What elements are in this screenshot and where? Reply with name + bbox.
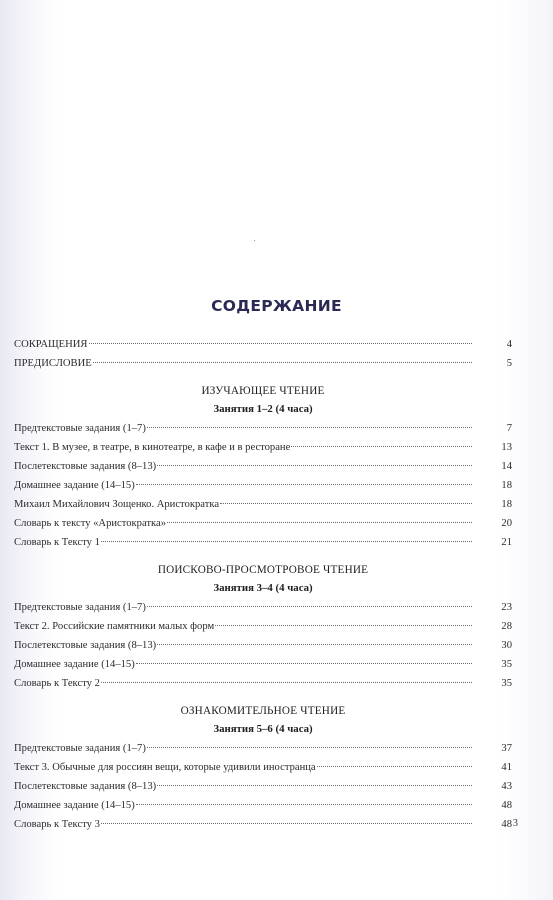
toc-entry-page: 20 [492, 514, 512, 533]
dot-leader [101, 823, 472, 824]
toc-entry[interactable]: Михаил Михайлович Зощенко. Аристократка1… [14, 495, 512, 514]
dot-leader [291, 446, 472, 447]
section-heading: ОЗНАКОМИТЕЛЬНОЕ ЧТЕНИЕ [14, 702, 512, 720]
toc-entry-page: 28 [492, 617, 512, 636]
dot-leader [317, 766, 472, 767]
dot-leader-container [166, 525, 474, 526]
toc-entry-label: Текст 1. В музее, в театре, в кинотеатре… [14, 438, 290, 457]
dot-leader-container [146, 609, 474, 610]
toc-entry-label: Словарь к Тексту 3 [14, 815, 100, 834]
toc-entry-page: 14 [492, 457, 512, 476]
dot-leader-container [146, 430, 474, 431]
sections-list: ИЗУЧАЮЩЕЕ ЧТЕНИЕЗанятия 1–2 (4 часа)Пред… [14, 382, 512, 834]
toc-entry[interactable]: Словарь к Тексту 348 [14, 815, 512, 834]
toc-entry-page: 41 [492, 758, 512, 777]
toc-entry-label: Словарь к тексту «Аристократка» [14, 514, 166, 533]
toc-entry-label: Текст 3. Обычные для россиян вещи, котор… [14, 758, 316, 777]
toc-entry[interactable]: Послетекстовые задания (8–13)43 [14, 777, 512, 796]
toc-entry-page: 5 [492, 354, 512, 373]
book-page: СОДЕРЖАНИЕ СОКРАЩЕНИЯ4ПРЕДИСЛОВИЕ5 ИЗУЧА… [0, 0, 553, 900]
dot-leader-container [135, 807, 474, 808]
toc-entry-label: Послетекстовые задания (8–13) [14, 457, 156, 476]
toc-entry-label: Михаил Михайлович Зощенко. Аристократка [14, 495, 219, 514]
toc-entry-page: 21 [492, 533, 512, 552]
page-title: СОДЕРЖАНИЕ [0, 297, 553, 315]
dot-leader-container [156, 468, 474, 469]
dot-leader-container [146, 750, 474, 751]
dot-leader-container [214, 628, 474, 629]
dot-leader [93, 362, 472, 363]
toc-entry-page: 30 [492, 636, 512, 655]
page-number: 3 [498, 818, 518, 829]
toc-entry[interactable]: Послетекстовые задания (8–13)30 [14, 636, 512, 655]
dot-leader [220, 503, 472, 504]
dot-leader [147, 606, 472, 607]
dot-leader [136, 804, 472, 805]
toc-entry-page: 43 [492, 777, 512, 796]
toc-entry[interactable]: Текст 1. В музее, в театре, в кинотеатре… [14, 438, 512, 457]
toc-entry-page: 23 [492, 598, 512, 617]
section-subheading: Занятия 5–6 (4 часа) [14, 720, 512, 738]
toc-entry[interactable]: Предтекстовые задания (1–7)37 [14, 739, 512, 758]
toc-entry[interactable]: Текст 3. Обычные для россиян вещи, котор… [14, 758, 512, 777]
dot-leader [167, 522, 472, 523]
toc-entry-label: Домашнее задание (14–15) [14, 476, 135, 495]
dot-leader [157, 785, 472, 786]
toc-entry-label: Предтекстовые задания (1–7) [14, 739, 146, 758]
toc-entry[interactable]: Текст 2. Российские памятники малых форм… [14, 617, 512, 636]
toc-entry-page: 18 [492, 476, 512, 495]
dot-leader [136, 663, 472, 664]
toc-section: ОЗНАКОМИТЕЛЬНОЕ ЧТЕНИЕЗанятия 5–6 (4 час… [14, 702, 512, 834]
section-heading: ПОИСКОВО-ПРОСМОТРОВОЕ ЧТЕНИЕ [14, 561, 512, 579]
dot-leader-container [156, 788, 474, 789]
toc-section: ИЗУЧАЮЩЕЕ ЧТЕНИЕЗанятия 1–2 (4 часа)Пред… [14, 382, 512, 552]
toc-entry-page: 18 [492, 495, 512, 514]
dot-leader [101, 541, 472, 542]
toc-entry-label: Предтекстовые задания (1–7) [14, 598, 146, 617]
toc-entry-label: Домашнее задание (14–15) [14, 655, 135, 674]
toc-entry[interactable]: Предтекстовые задания (1–7)7 [14, 419, 512, 438]
dot-leader [136, 484, 472, 485]
dot-leader [157, 644, 472, 645]
dot-leader [157, 465, 472, 466]
toc-entry[interactable]: Домашнее задание (14–15)18 [14, 476, 512, 495]
toc-entry-label: Предтекстовые задания (1–7) [14, 419, 146, 438]
toc-entry-page: 48 [492, 796, 512, 815]
dot-leader [147, 747, 472, 748]
toc-section: ПОИСКОВО-ПРОСМОТРОВОЕ ЧТЕНИЕЗанятия 3–4 … [14, 561, 512, 693]
toc-entry[interactable]: СОКРАЩЕНИЯ4 [14, 335, 512, 354]
section-heading: ИЗУЧАЮЩЕЕ ЧТЕНИЕ [14, 382, 512, 400]
dot-leader-container [100, 826, 474, 827]
section-subheading: Занятия 3–4 (4 часа) [14, 579, 512, 597]
print-speck [254, 240, 255, 241]
toc-entry[interactable]: ПРЕДИСЛОВИЕ5 [14, 354, 512, 373]
toc-entry-label: Послетекстовые задания (8–13) [14, 777, 156, 796]
toc-entry-page: 35 [492, 674, 512, 693]
toc-entry-label: Словарь к Тексту 1 [14, 533, 100, 552]
toc-entry-page: 4 [492, 335, 512, 354]
toc-entry-label: Домашнее задание (14–15) [14, 796, 135, 815]
dot-leader [147, 427, 472, 428]
dot-leader [215, 625, 472, 626]
dot-leader-container [316, 769, 474, 770]
toc-entry[interactable]: Словарь к Тексту 235 [14, 674, 512, 693]
toc-entry[interactable]: Предтекстовые задания (1–7)23 [14, 598, 512, 617]
toc-entry[interactable]: Послетекстовые задания (8–13)14 [14, 457, 512, 476]
dot-leader-container [100, 544, 474, 545]
dot-leader-container [92, 365, 474, 366]
toc-entry-page: 13 [492, 438, 512, 457]
dot-leader [101, 682, 472, 683]
toc-entry[interactable]: Домашнее задание (14–15)48 [14, 796, 512, 815]
toc-entry-page: 37 [492, 739, 512, 758]
toc-entry[interactable]: Домашнее задание (14–15)35 [14, 655, 512, 674]
dot-leader-container [219, 506, 474, 507]
toc-entry-page: 35 [492, 655, 512, 674]
dot-leader-container [156, 647, 474, 648]
dot-leader-container [135, 666, 474, 667]
dot-leader-container [135, 487, 474, 488]
section-subheading: Занятия 1–2 (4 часа) [14, 400, 512, 418]
toc-entry[interactable]: Словарь к Тексту 121 [14, 533, 512, 552]
dot-leader-container [88, 346, 475, 347]
toc-entry[interactable]: Словарь к тексту «Аристократка»20 [14, 514, 512, 533]
toc-entry-label: Текст 2. Российские памятники малых форм [14, 617, 214, 636]
table-of-contents: СОКРАЩЕНИЯ4ПРЕДИСЛОВИЕ5 ИЗУЧАЮЩЕЕ ЧТЕНИЕ… [14, 335, 512, 834]
dot-leader-container [100, 685, 474, 686]
front-matter-list: СОКРАЩЕНИЯ4ПРЕДИСЛОВИЕ5 [14, 335, 512, 373]
toc-entry-label: ПРЕДИСЛОВИЕ [14, 354, 92, 373]
dot-leader-container [290, 449, 474, 450]
toc-entry-page: 7 [492, 419, 512, 438]
dot-leader [89, 343, 473, 344]
toc-entry-label: Послетекстовые задания (8–13) [14, 636, 156, 655]
toc-entry-label: Словарь к Тексту 2 [14, 674, 100, 693]
toc-entry-label: СОКРАЩЕНИЯ [14, 335, 88, 354]
